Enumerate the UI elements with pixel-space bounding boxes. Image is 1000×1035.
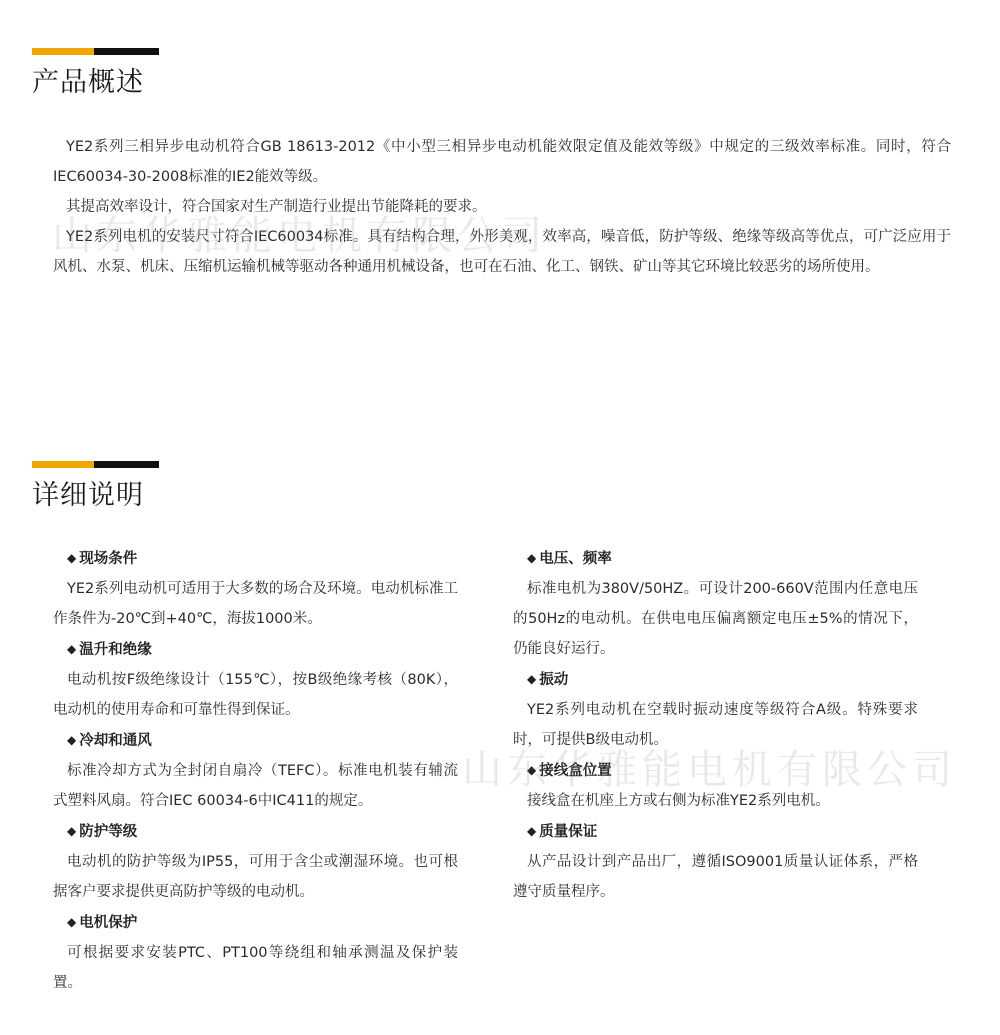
detail-heading-text: 电压、频率 bbox=[539, 551, 612, 567]
detail-body: YE2系列电动机在空载时振动速度等级符合A级。特殊要求时，可提供B级电动机。 bbox=[513, 695, 918, 755]
accent-bar-black bbox=[94, 48, 159, 55]
overview-paragraph: YE2系列电机的安装尺寸符合IEC60034标准。具有结构合理，外形美观，效率高… bbox=[53, 222, 951, 282]
accent-bar-orange bbox=[32, 48, 94, 55]
detail-item-quality-assurance: ◆质量保证 从产品设计到产品出厂，遵循ISO9001质量认证体系，严格遵守质量程… bbox=[513, 816, 918, 907]
accent-bar-black bbox=[94, 461, 159, 468]
detail-heading: ◆冷却和通风 bbox=[53, 725, 458, 756]
accent-bar-orange bbox=[32, 461, 94, 468]
detail-item-cooling-ventilation: ◆冷却和通风 标准冷却方式为全封闭自扇冷（TEFC）。标准电机装有辅流式塑料风扇… bbox=[53, 725, 458, 816]
detail-body: YE2系列电动机可适用于大多数的场合及环境。电动机标准工作条件为-20℃到+40… bbox=[53, 574, 458, 634]
detail-body: 电动机按F级绝缘设计（155℃），按B级绝缘考核（80K），电动机的使用寿命和可… bbox=[53, 665, 458, 725]
detail-heading-text: 现场条件 bbox=[79, 551, 137, 567]
detail-body: 可根据要求安装PTC、PT100等绕组和轴承测温及保护装置。 bbox=[53, 938, 458, 998]
detail-heading: ◆温升和绝缘 bbox=[53, 634, 458, 665]
detail-heading-text: 防护等级 bbox=[79, 824, 137, 840]
diamond-bullet-icon: ◆ bbox=[527, 816, 536, 846]
detail-item-motor-protection: ◆电机保护 可根据要求安装PTC、PT100等绕组和轴承测温及保护装置。 bbox=[53, 907, 458, 998]
detail-heading-text: 接线盒位置 bbox=[539, 763, 612, 779]
overview-title: 产品概述 bbox=[32, 66, 159, 100]
detail-heading-text: 振动 bbox=[539, 672, 568, 688]
overview-paragraph: 其提高效率设计，符合国家对生产制造行业提出节能降耗的要求。 bbox=[53, 192, 951, 222]
details-left-column: ◆现场条件 YE2系列电动机可适用于大多数的场合及环境。电动机标准工作条件为-2… bbox=[53, 543, 458, 998]
diamond-bullet-icon: ◆ bbox=[67, 907, 76, 937]
detail-body: 电动机的防护等级为IP55，可用于含尘或潮湿环境。也可根据客户要求提供更高防护等… bbox=[53, 847, 458, 907]
diamond-bullet-icon: ◆ bbox=[527, 543, 536, 573]
detail-body: 接线盒在机座上方或右侧为标准YE2系列电机。 bbox=[513, 786, 918, 816]
detail-item-protection-class: ◆防护等级 电动机的防护等级为IP55，可用于含尘或潮湿环境。也可根据客户要求提… bbox=[53, 816, 458, 907]
detail-item-vibration: ◆振动 YE2系列电动机在空载时振动速度等级符合A级。特殊要求时，可提供B级电动… bbox=[513, 664, 918, 755]
overview-paragraph: YE2系列三相异步电动机符合GB 18613-2012《中小型三相异步电动机能效… bbox=[53, 132, 951, 192]
details-right-column: ◆电压、频率 标准电机为380V/50HZ。可设计200-660V范围内任意电压… bbox=[513, 543, 918, 907]
detail-heading-text: 电机保护 bbox=[79, 915, 137, 931]
detail-body: 从产品设计到产品出厂，遵循ISO9001质量认证体系，严格遵守质量程序。 bbox=[513, 847, 918, 907]
diamond-bullet-icon: ◆ bbox=[527, 664, 536, 694]
detail-item-temperature-insulation: ◆温升和绝缘 电动机按F级绝缘设计（155℃），按B级绝缘考核（80K），电动机… bbox=[53, 634, 458, 725]
detail-heading: ◆现场条件 bbox=[53, 543, 458, 574]
diamond-bullet-icon: ◆ bbox=[67, 543, 76, 573]
accent-bar bbox=[32, 48, 159, 55]
detail-heading: ◆电压、频率 bbox=[513, 543, 918, 574]
detail-heading-text: 质量保证 bbox=[539, 824, 597, 840]
details-title: 详细说明 bbox=[32, 479, 159, 513]
detail-heading: ◆振动 bbox=[513, 664, 918, 695]
overview-header: 产品概述 bbox=[32, 48, 159, 100]
diamond-bullet-icon: ◆ bbox=[67, 725, 76, 755]
diamond-bullet-icon: ◆ bbox=[67, 634, 76, 664]
details-header: 详细说明 bbox=[32, 461, 159, 513]
overview-body: YE2系列三相异步电动机符合GB 18613-2012《中小型三相异步电动机能效… bbox=[53, 132, 951, 282]
detail-body: 标准电机为380V/50HZ。可设计200-660V范围内任意电压的50Hz的电… bbox=[513, 574, 918, 664]
detail-heading-text: 温升和绝缘 bbox=[79, 642, 152, 658]
detail-heading-text: 冷却和通风 bbox=[79, 733, 152, 749]
detail-item-voltage-frequency: ◆电压、频率 标准电机为380V/50HZ。可设计200-660V范围内任意电压… bbox=[513, 543, 918, 664]
diamond-bullet-icon: ◆ bbox=[527, 755, 536, 785]
detail-item-terminal-box: ◆接线盒位置 接线盒在机座上方或右侧为标准YE2系列电机。 bbox=[513, 755, 918, 816]
detail-heading: ◆防护等级 bbox=[53, 816, 458, 847]
detail-item-site-conditions: ◆现场条件 YE2系列电动机可适用于大多数的场合及环境。电动机标准工作条件为-2… bbox=[53, 543, 458, 634]
detail-heading: ◆接线盒位置 bbox=[513, 755, 918, 786]
diamond-bullet-icon: ◆ bbox=[67, 816, 76, 846]
detail-body: 标准冷却方式为全封闭自扇冷（TEFC）。标准电机装有辅流式塑料风扇。符合IEC … bbox=[53, 756, 458, 816]
detail-heading: ◆电机保护 bbox=[53, 907, 458, 938]
detail-heading: ◆质量保证 bbox=[513, 816, 918, 847]
accent-bar bbox=[32, 461, 159, 468]
